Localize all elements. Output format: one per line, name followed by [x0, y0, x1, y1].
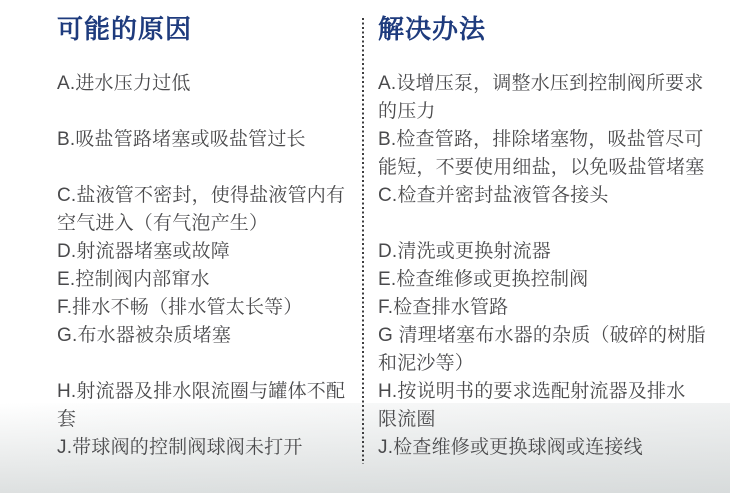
solution-cell: A.设增压泵，调整水压到控制阀所要求 的压力 [378, 70, 709, 126]
cause-cell: A.进水压力过低 [57, 70, 355, 98]
solution-cell: E.检查维修或更换控制阀 [378, 266, 709, 294]
table-row: E.控制阀内部窜水E.检查维修或更换控制阀 [57, 266, 709, 294]
solution-cell: C.检查并密封盐液管各接头 [378, 182, 709, 210]
cause-cell: G.布水器被杂质堵塞 [57, 322, 355, 350]
table-row: C.盐液管不密封，使得盐液管内有 空气进入（有气泡产生）C.检查并密封盐液管各接… [57, 182, 709, 238]
solutions-column-header: 解决办法 [378, 12, 709, 46]
table-row: B.吸盐管路堵塞或吸盐管过长B.检查管路，排除堵塞物，吸盐管尽可 能短，不要使用… [57, 126, 709, 182]
solution-cell: D.清洗或更换射流器 [378, 238, 709, 266]
cause-cell: D.射流器堵塞或故障 [57, 238, 355, 266]
table-row: G.布水器被杂质堵塞G 清理堵塞布水器的杂质（破碎的树脂 和泥沙等） [57, 322, 709, 378]
cause-cell: H.射流器及排水限流圈与罐体不配 套 [57, 378, 355, 434]
table-header-row: 可能的原因 解决办法 [57, 12, 709, 46]
table-row: F.排水不畅（排水管太长等）F.检查排水管路 [57, 294, 709, 322]
table-row: D.射流器堵塞或故障D.清洗或更换射流器 [57, 238, 709, 266]
solution-cell: G 清理堵塞布水器的杂质（破碎的树脂 和泥沙等） [378, 322, 709, 378]
causes-column-header: 可能的原因 [57, 12, 355, 46]
table-row: J.带球阀的控制阀球阀未打开J.检查维修或更换球阀或连接线 [57, 434, 709, 462]
solution-cell: B.检查管路，排除堵塞物，吸盐管尽可 能短，不要使用细盐，以免吸盐管堵塞 [378, 126, 709, 182]
table-row: H.射流器及排水限流圈与罐体不配 套H.按说明书的要求选配射流器及排水 限流圈 [57, 378, 709, 434]
cause-cell: B.吸盐管路堵塞或吸盐管过长 [57, 126, 355, 154]
solution-cell: J.检查维修或更换球阀或连接线 [378, 434, 709, 462]
manual-troubleshooting-page: 可能的原因 解决办法 A.进水压力过低A.设增压泵，调整水压到控制阀所要求 的压… [0, 0, 730, 493]
solution-cell: H.按说明书的要求选配射流器及排水 限流圈 [378, 378, 709, 434]
table-row: A.进水压力过低A.设增压泵，调整水压到控制阀所要求 的压力 [57, 70, 709, 126]
cause-cell: J.带球阀的控制阀球阀未打开 [57, 434, 355, 462]
troubleshooting-rows: A.进水压力过低A.设增压泵，调整水压到控制阀所要求 的压力B.吸盐管路堵塞或吸… [57, 70, 709, 462]
solution-cell: F.检查排水管路 [378, 294, 709, 322]
cause-cell: C.盐液管不密封，使得盐液管内有 空气进入（有气泡产生） [57, 182, 355, 238]
cause-cell: E.控制阀内部窜水 [57, 266, 355, 294]
troubleshooting-table: 可能的原因 解决办法 A.进水压力过低A.设增压泵，调整水压到控制阀所要求 的压… [57, 12, 709, 462]
cause-cell: F.排水不畅（排水管太长等） [57, 294, 355, 322]
